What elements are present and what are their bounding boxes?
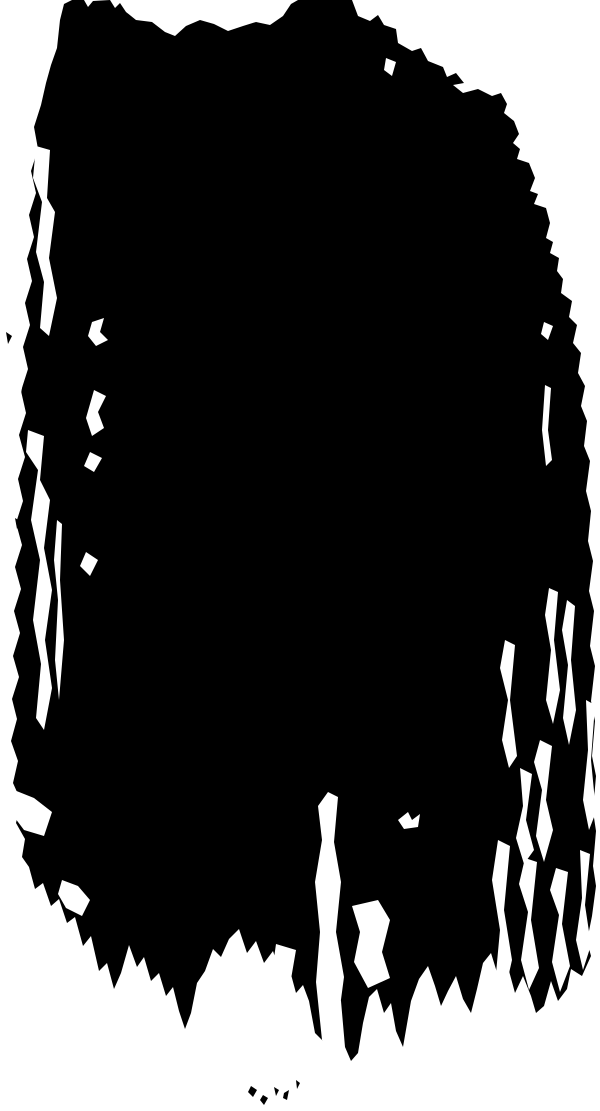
canvas [0, 0, 600, 1111]
ink-blob-main [11, 0, 596, 1061]
ink-blot-graphic [0, 0, 600, 1111]
